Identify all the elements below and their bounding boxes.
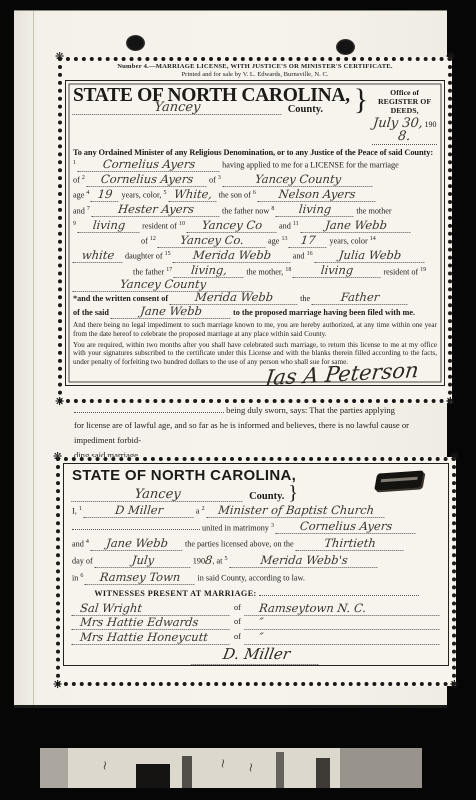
printed-text: the son of [219, 191, 251, 200]
printed-text: and [73, 206, 85, 215]
license-inner-frame: STATE OF NORTH CAROLINA, Yancey County. … [65, 80, 445, 386]
mother-living-hw: living [77, 220, 140, 233]
printed-text: *and the written consent of [73, 294, 168, 303]
applicant-name-hw: Cornelius Ayers [77, 159, 220, 172]
witness-row: Mrs Hattie Edwards of ″ [72, 615, 440, 630]
ref-num: 9 [73, 221, 76, 227]
groom-name-hw: Cornelius Ayers [86, 174, 207, 187]
ref-num: 17 [166, 267, 172, 273]
printed-text: having applied to me for a LICENSE for t… [222, 161, 399, 170]
smudge [340, 748, 422, 788]
office-title: Office of REGISTER OF DEEDS, [372, 88, 437, 115]
printed-text: a [196, 507, 200, 516]
form-title-text: —MARRIAGE LICENSE, WITH JUSTICE'S OR MIN… [149, 63, 393, 70]
bride-father-living-hw: living, [174, 265, 245, 278]
witness-place-hw: ″ [244, 617, 440, 630]
witnesses-header: WITNESSES PRESENT AT MARRIAGE: [72, 586, 440, 601]
page-crease [33, 11, 34, 705]
printed-text: in [72, 574, 78, 583]
witness-place-hw: ″ [244, 632, 440, 645]
bride-color-hw: white [72, 250, 123, 263]
ref-num: 8 [271, 206, 274, 212]
scribble: ~ [98, 759, 114, 771]
license-line-10: *and the written consent of Merida Webb … [73, 292, 437, 306]
authorization-paragraph: And there being no legal impediment to s… [73, 321, 437, 338]
groom-age-hw: 19 [91, 189, 120, 202]
ink-stamp [374, 470, 424, 490]
printed-text: , at [212, 557, 222, 566]
ref-num: 12 [150, 236, 156, 242]
printed-text: in said County, according to law. [198, 574, 305, 583]
affidavit-line-1: being duly sworn, says: That the parties… [74, 403, 434, 418]
printed-text: of [209, 176, 216, 185]
register-signature-hw: Jas A Peterson [264, 358, 420, 386]
ref-num: 18 [285, 267, 291, 273]
certificate-line-2: united in matrimony 3 Cornelius Ayers [72, 519, 440, 536]
consent-relation-hw: Father [312, 292, 409, 305]
form-number: Number 4. [117, 63, 149, 70]
license-line-1: 1 Cornelius Ayers having applied to me f… [73, 157, 437, 172]
printed-text: resident of [142, 222, 177, 231]
printed-text: the mother, [246, 267, 283, 276]
form-printer: Printed and for sale by V. L. Edwards, B… [62, 71, 448, 79]
bride-age-hw: 17 [289, 235, 328, 248]
groom-married-hw: Cornelius Ayers [275, 521, 416, 534]
groom-mother-hw: Hester Ayers [91, 204, 220, 217]
bride-name-consent-hw: Jane Webb [110, 306, 231, 319]
state-title-block: STATE OF NORTH CAROLINA, Yancey County. [73, 85, 350, 115]
license-line-2: of 2 Cornelius Ayers of 3 Yancey County [73, 172, 437, 187]
corner-ornament-icon: ❋ [450, 452, 459, 463]
witnesses-label: WITNESSES PRESENT AT MARRIAGE: [94, 589, 256, 598]
smudge [136, 764, 170, 788]
form-title: Number 4.—MARRIAGE LICENSE, WITH JUSTICE… [62, 63, 448, 71]
license-line-6: of 12 Yancey Co. age 13 17 years, color … [73, 233, 437, 248]
wedding-day-hw: Thirtieth [295, 538, 404, 551]
groom-residence-hw: Yancey County [222, 174, 373, 187]
father-living-hw: living [276, 204, 355, 217]
ref-num: 3 [218, 175, 221, 181]
bride-married-hw: Jane Webb [90, 538, 183, 551]
ref-num: 16 [307, 251, 313, 257]
ref-num: 6 [80, 573, 83, 579]
printed-text: the [300, 294, 310, 303]
corner-ornament-icon: ❋ [55, 397, 64, 408]
ref-num: 3 [271, 523, 274, 529]
license-masthead: STATE OF NORTH CAROLINA, Yancey County. … [73, 85, 437, 145]
blank-line [259, 586, 419, 596]
printed-text: the mother [356, 206, 391, 215]
printed-text: being duly sworn, says: That the parties… [226, 405, 395, 415]
printed-text: I, [72, 507, 77, 516]
printed-text: and [72, 540, 84, 549]
scanned-page: ❋ ❋ ❋ ❋ Number 4.—MARRIAGE LICENSE, WITH… [14, 10, 447, 708]
printed-text: united in matrimony [202, 523, 269, 532]
ref-num: 2 [82, 175, 85, 181]
date-printed: 190 [425, 120, 437, 129]
minister-certificate-box: ❋ ❋ ❋ ❋ STATE OF NORTH CAROLINA, Yancey … [56, 457, 456, 686]
ref-num: 11 [293, 221, 299, 227]
printed-text: daughter of [125, 252, 163, 261]
consent-giver-hw: Merida Webb [169, 292, 298, 305]
certificate-county-label: County. [249, 491, 284, 502]
printed-of: of [234, 615, 241, 630]
marriage-license-box: ❋ ❋ ❋ ❋ Number 4.—MARRIAGE LICENSE, WITH… [58, 57, 452, 403]
printed-of: of [234, 601, 241, 616]
smudge [40, 748, 68, 788]
denomination-hw: Minister of Baptist Church [206, 505, 385, 518]
printed-text: day of [72, 557, 93, 566]
officiant-signature-row: D. Miller [72, 645, 440, 665]
county-handwritten: Yancey [72, 101, 282, 115]
printed-text: to the proposed marriage having been fil… [233, 308, 415, 317]
witness-name-hw: Sal Wright [71, 603, 230, 616]
groom-parents-residence-hw: Yancey Co [186, 220, 277, 233]
corner-ornament-icon: ❋ [53, 452, 62, 463]
bride-name-hw: Jane Webb [300, 220, 411, 233]
bride-mother-hw: Julia Webb [314, 250, 425, 263]
corner-ornament-icon: ❋ [446, 397, 455, 408]
officiant-name-hw: D Miller [83, 505, 194, 518]
wedding-month-hw: July [94, 555, 191, 568]
officiant-signature-hw: D. Miller [191, 645, 321, 665]
salutation-line: To any Ordained Minister of any Religiou… [73, 148, 437, 157]
witness-name-hw: Mrs Hattie Honeycutt [71, 632, 230, 645]
ref-num: 4 [86, 190, 89, 196]
punch-hole [336, 39, 355, 55]
ref-num: 6 [253, 190, 256, 196]
bride-mother-living-hw: living [293, 265, 382, 278]
ref-num: 10 [179, 221, 185, 227]
bride-father-hw: Merida Webb [172, 250, 291, 263]
license-line-4: and 7 Hester Ayers the father now 8 livi… [73, 203, 437, 218]
ref-num: 7 [87, 206, 90, 212]
scribble: ~ [244, 761, 260, 773]
printed-text: age [268, 237, 279, 246]
witness-name-hw: Mrs Hattie Edwards [71, 617, 230, 630]
wedding-year-digit-hw: 8 [204, 555, 213, 567]
certificate-inner-frame: STATE OF NORTH CAROLINA, Yancey County. … [63, 463, 449, 666]
witness-row: Mrs Hattie Honeycutt of ″ [72, 630, 440, 645]
printed-text: of the said [73, 308, 109, 317]
printed-text: 190 [193, 557, 205, 566]
certificate-line-5: in 6 Ramsey Town in said County, accordi… [72, 569, 440, 586]
printed-text: and [279, 222, 291, 231]
film-scan: { "license": { "form_no": "Number 4.", "… [0, 0, 476, 800]
blank-line [74, 403, 224, 413]
brace-glyph: } [354, 85, 368, 115]
corner-ornament-icon: ❋ [55, 52, 64, 63]
film-fragment: ~ ~ ~ [40, 748, 422, 788]
license-line-5: 9 living resident of 10 Yancey Co and 11… [73, 218, 437, 233]
office-block: Office of REGISTER OF DEEDS, July 30, 19… [372, 85, 437, 145]
corner-ornament-icon: ❋ [450, 680, 459, 691]
printed-of: of [234, 630, 241, 645]
ref-num: 4 [86, 539, 89, 545]
ref-num: 15 [165, 251, 171, 257]
ref-num: 1 [79, 506, 82, 512]
printed-text: years, color [330, 237, 368, 246]
wedding-place-hw: Merida Webb's [229, 555, 378, 568]
bride-residence-hw: Yancey Co. [157, 235, 266, 248]
license-line-7: white daughter of 15 Merida Webb and 16 … [73, 248, 437, 263]
certificate-line-1: I, 1 D Miller a 2 Minister of Baptist Ch… [72, 502, 440, 519]
date-handwritten: July 30, [372, 117, 423, 130]
printed-text: the parties licensed above, on the [185, 540, 294, 549]
certificate-line-3: and 4 Jane Webb the parties licensed abo… [72, 535, 440, 552]
ref-num: 2 [202, 506, 205, 512]
groom-father-hw: Nelson Ayers [257, 189, 376, 202]
printed-text: years, color, [122, 191, 162, 200]
printed-text: the father now [222, 206, 269, 215]
blank-line [72, 520, 200, 530]
smudge [276, 752, 284, 788]
witness-row: Sal Wright of Ramseytown N. C. [72, 601, 440, 616]
brace-glyph: } [288, 484, 298, 502]
issue-date-line: July 30, 190 8. [372, 117, 437, 145]
ref-num: 19 [420, 267, 426, 273]
wedding-township-hw: Ramsey Town [85, 572, 196, 585]
corner-ornament-icon: ❋ [446, 52, 455, 63]
smudge [316, 758, 330, 788]
smudge [182, 756, 192, 788]
ref-num: 5 [224, 556, 227, 562]
printed-text: of [141, 237, 148, 246]
printed-text: age [73, 191, 84, 200]
form-header: Number 4.—MARRIAGE LICENSE, WITH JUSTICE… [62, 61, 448, 78]
certificate-county-hw: Yancey [71, 488, 244, 502]
groom-color-hw: White, [168, 189, 217, 202]
license-line-3: age 4 19 years, color, 5 White, the son … [73, 187, 437, 202]
license-line-11: of the said Jane Webb to the proposed ma… [73, 306, 437, 320]
certificate-county-row: Yancey County. } [72, 484, 302, 502]
affidavit-line-2: for license are of lawful age, and so fa… [74, 418, 434, 448]
printed-text: and [293, 252, 305, 261]
punch-hole [126, 35, 145, 51]
printed-text: of [73, 176, 80, 185]
ref-num: 14 [370, 236, 376, 242]
printed-text: resident of [383, 267, 418, 276]
witness-place-hw: Ramseytown N. C. [244, 603, 440, 616]
date-year-digit: 8. [398, 130, 412, 143]
printed-text: the father [133, 267, 164, 276]
county-label: County. [288, 104, 323, 115]
ref-num: 1 [73, 160, 76, 166]
corner-ornament-icon: ❋ [53, 680, 62, 691]
ref-num: 13 [281, 236, 287, 242]
ref-num: 5 [163, 190, 166, 196]
scribble: ~ [216, 757, 232, 769]
certificate-line-4: day of July 1908, at 5 Merida Webb's [72, 552, 440, 569]
